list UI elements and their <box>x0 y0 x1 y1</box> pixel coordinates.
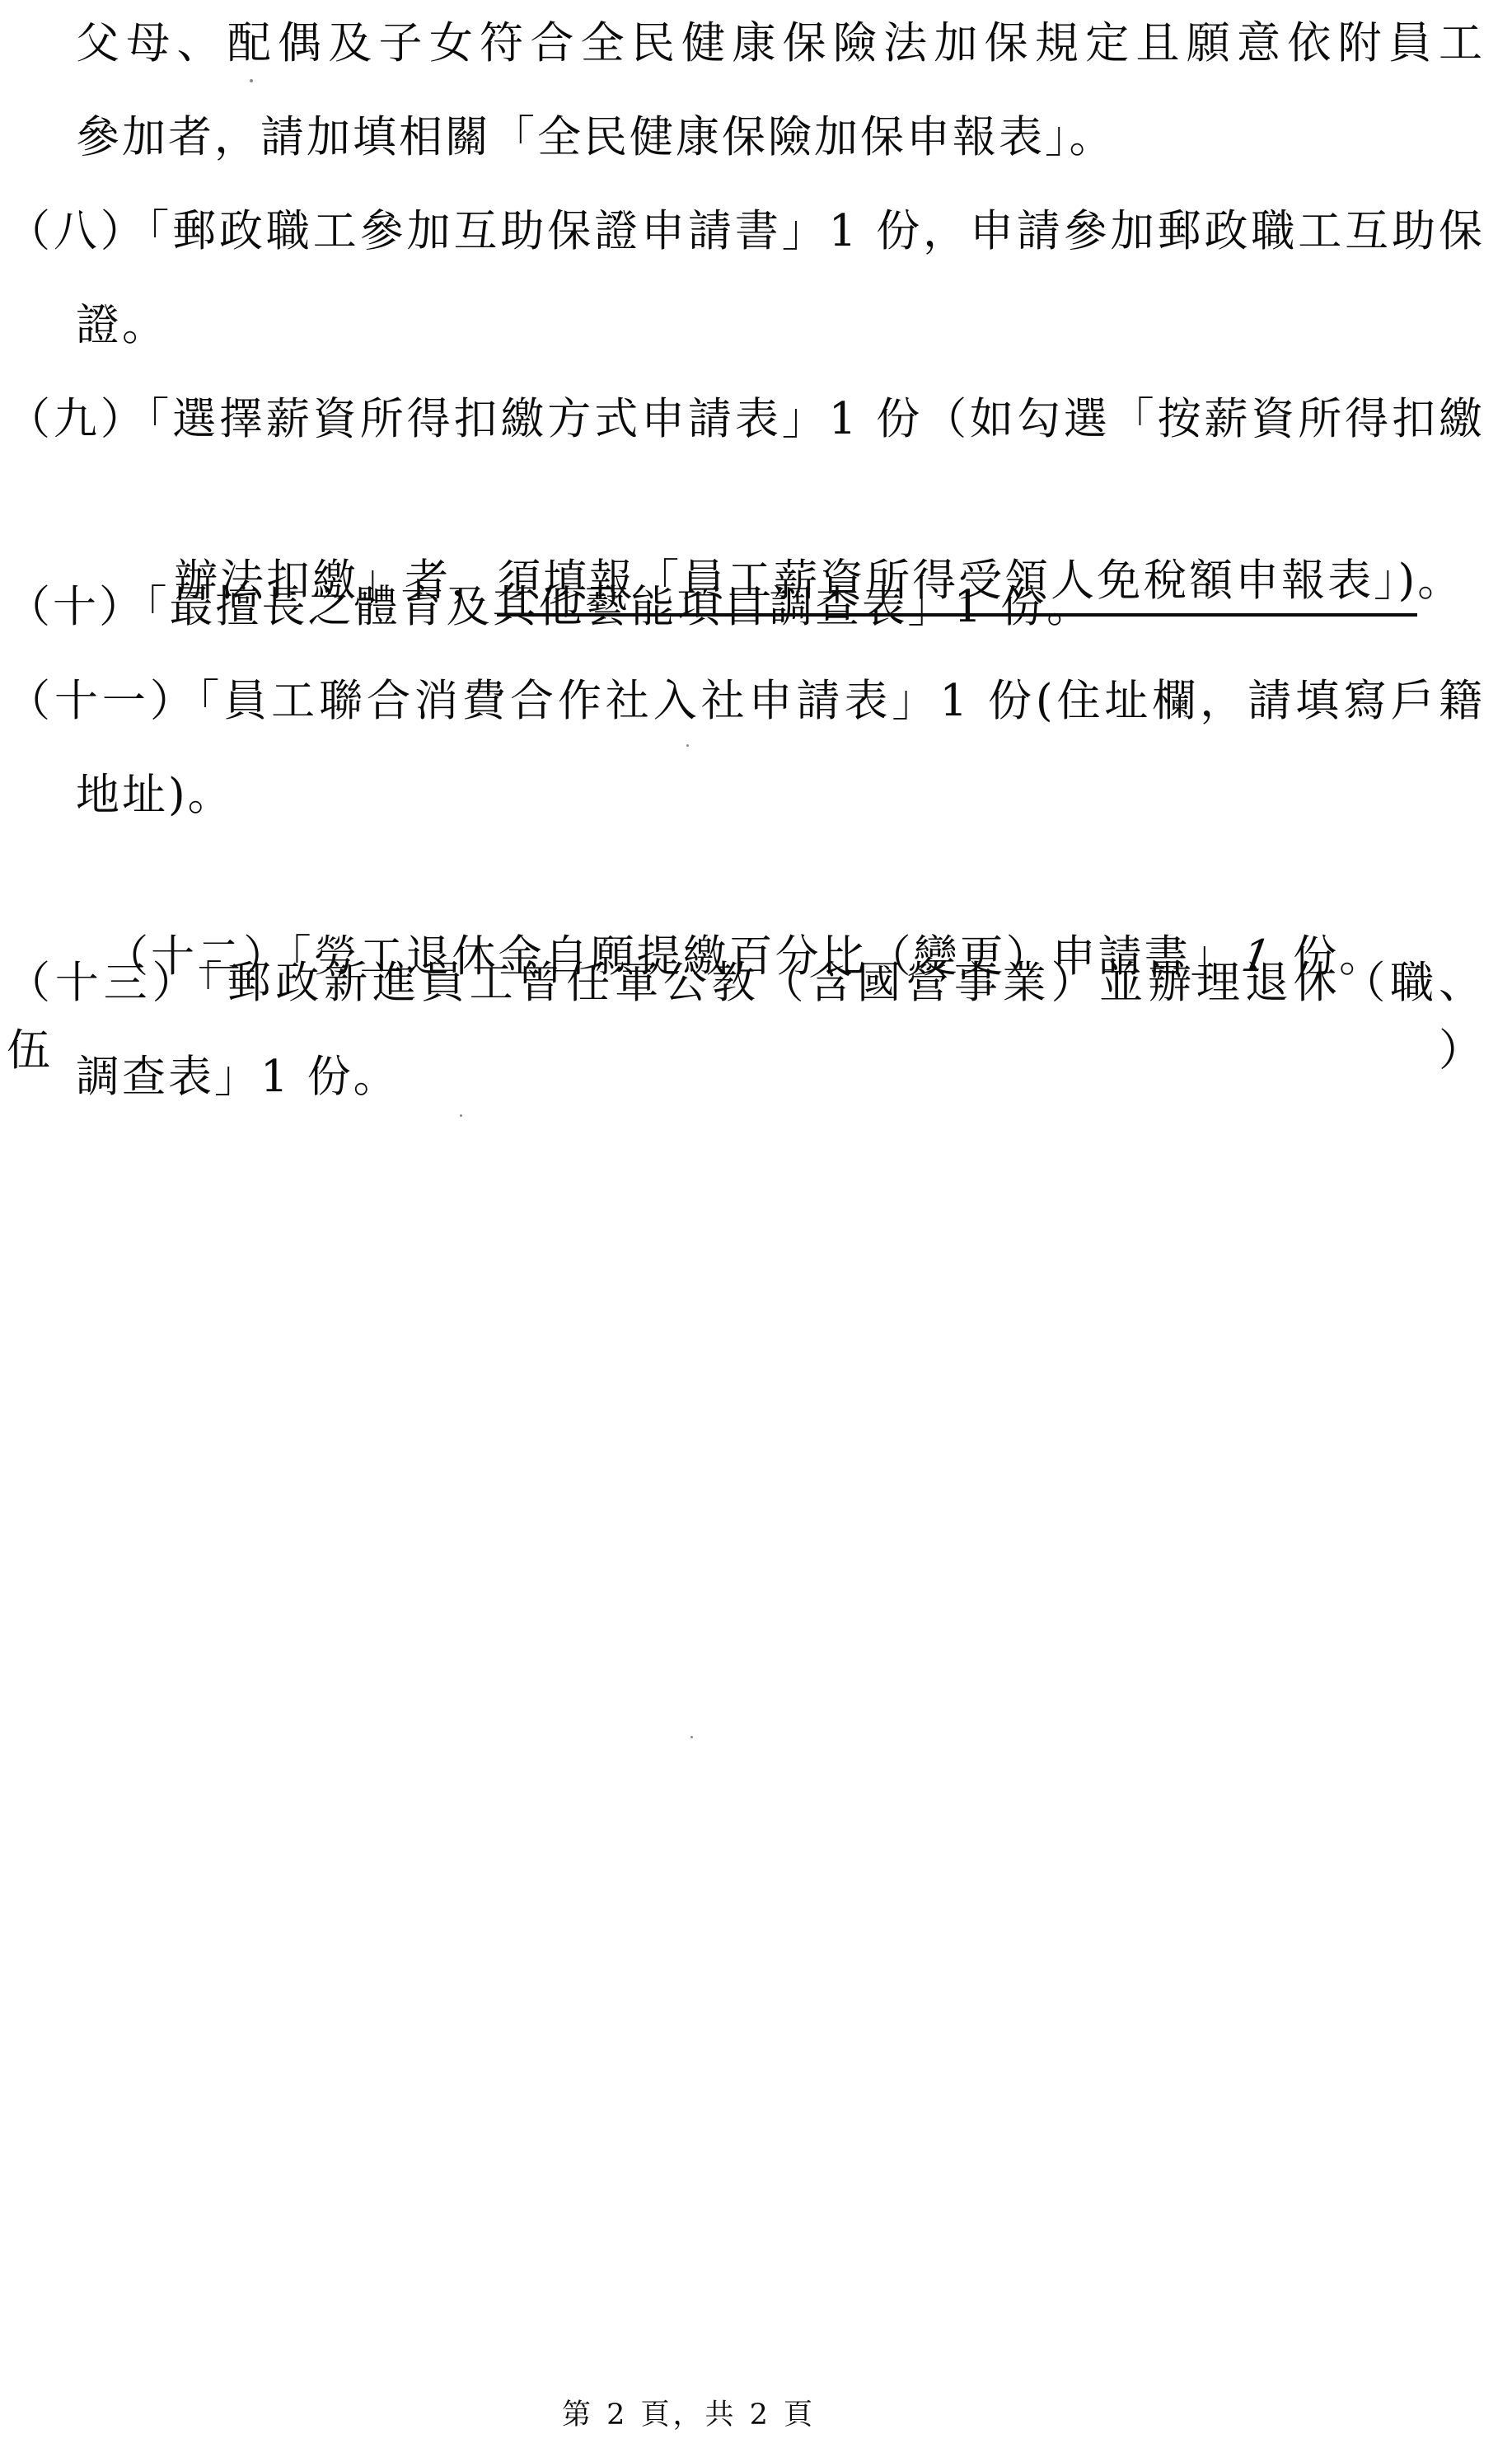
paragraph-line-continuation-2: 參加者，請加填相關「全民健康保險加保申報表」。 <box>7 104 1485 198</box>
list-item-11-line-1: （十一）「員工聯合消費合作社入社申請表」1 份(住址欄，請填寫戶籍 <box>7 668 1485 762</box>
scan-speck <box>460 1114 462 1117</box>
list-item-12-line-1: （十二）「勞工退休金自願提繳百分比（變更）申請書」1 份。 <box>7 856 1485 950</box>
scan-speck <box>250 79 253 82</box>
scanned-document-page: 父母、配偶及子女符合全民健康保險法加保規定且願意依附員工 參加者，請加填相關「全… <box>0 0 1512 2462</box>
list-item-11-line-2: 地址)。 <box>7 762 1485 856</box>
list-item-9-line-2-suffix: 。 <box>1417 556 1463 606</box>
list-item-8-line-1: （八）「郵政職工參加互助保證申請書」1 份，申請參加郵政職工互助保 <box>7 198 1485 292</box>
list-item-9-line-1: （九）「選擇薪資所得扣繳方式申請表」1 份（如勾選「按薪資所得扣繳 <box>7 386 1485 480</box>
scan-speck <box>686 744 689 747</box>
paragraph-line-continuation-1: 父母、配偶及子女符合全民健康保險法加保規定且願意依附員工 <box>7 10 1485 104</box>
scan-speck <box>690 1736 693 1738</box>
scan-speck <box>1088 945 1091 948</box>
list-item-9-line-2: 辦法扣繳」者，須填報「員工薪資所得受領人免稅額申報表」)。 <box>7 480 1485 574</box>
page-number-footer: 第 2 頁，共 2 頁 <box>562 2392 816 2433</box>
list-item-8-line-2: 證。 <box>7 292 1485 386</box>
document-text-block: 父母、配偶及子女符合全民健康保險法加保規定且願意依附員工 參加者，請加填相關「全… <box>7 10 1485 1137</box>
